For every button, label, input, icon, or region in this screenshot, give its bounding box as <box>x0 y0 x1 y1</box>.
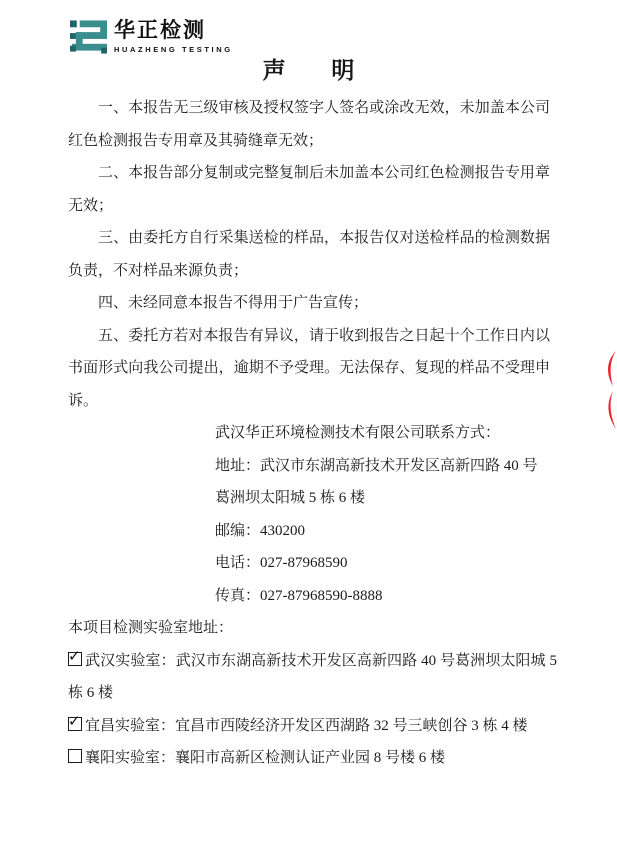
statement-clauses: 一、本报告无三级审核及授权签字人签名或涂改无效，未加盖本公司红色检测报告专用章及… <box>68 92 550 417</box>
brand-name-cn: 华正检测 <box>114 19 233 43</box>
checkbox-checked-icon: ✓ <box>68 652 82 666</box>
contact-heading: 武汉华正环境检测技术有限公司联系方式： <box>215 417 551 450</box>
page-title: 声 明 <box>0 55 617 87</box>
contact-postcode: 邮编：430200 <box>215 515 551 548</box>
labs-heading: 本项目检测实验室地址： <box>68 612 557 645</box>
lab-label: 武汉实验室： <box>85 653 176 669</box>
lab-row-yichang: ✓宜昌实验室：宜昌市西陵经济开发区西湖路 32 号三峡创谷 3 栋 4 楼 <box>68 710 557 743</box>
contact-phone: 电话：027-87968590 <box>215 547 551 580</box>
statement-page: 华正检测 HUAZHENG TESTING 声 明 一、本报告无三级审核及授权签… <box>0 0 617 844</box>
lab-address: 襄阳市高新区检测认证产业园 8 号楼 6 楼 <box>175 750 445 766</box>
clause-2: 二、本报告部分复制或完整复制后未加盖本公司红色检测报告专用章无效； <box>68 157 550 222</box>
lab-row-wuhan: ✓武汉实验室：武汉市东湖高新技术开发区高新四路 40 号葛洲坝太阳城 5 栋 6… <box>68 645 557 710</box>
company-contact-block: 武汉华正环境检测技术有限公司联系方式： 地址：武汉市东湖高新技术开发区高新四路 … <box>215 417 551 612</box>
lab-address: 宜昌市西陵经济开发区西湖路 32 号三峡创谷 3 栋 4 楼 <box>175 718 528 734</box>
clause-4: 四、未经同意本报告不得用于广告宣传； <box>68 287 550 320</box>
brand-logo: 华正检测 HUAZHENG TESTING <box>70 19 233 55</box>
page-title-char-2: 明 <box>331 55 354 87</box>
lab-row-xiangyang: 襄阳实验室：襄阳市高新区检测认证产业园 8 号楼 6 楼 <box>68 742 557 775</box>
clause-3: 三、由委托方自行采集送检的样品，本报告仅对送检样品的检测数据负责，不对样品来源负… <box>68 222 550 287</box>
contact-address: 地址：武汉市东湖高新技术开发区高新四路 40 号葛洲坝太阳城 5 栋 6 楼 <box>215 450 551 515</box>
red-seal-fragment <box>601 350 617 430</box>
contact-fax: 传真：027-87968590-8888 <box>215 580 551 613</box>
clause-1: 一、本报告无三级审核及授权签字人签名或涂改无效，未加盖本公司红色检测报告专用章及… <box>68 92 550 157</box>
clause-5: 五、委托方若对本报告有异议，请于收到报告之日起十个工作日内以书面形式向我公司提出… <box>68 320 550 418</box>
lab-label: 襄阳实验室： <box>85 750 175 766</box>
brand-text: 华正检测 HUAZHENG TESTING <box>114 19 233 55</box>
huazheng-logo-icon <box>70 19 107 55</box>
checkbox-checked-icon: ✓ <box>68 717 82 731</box>
lab-label: 宜昌实验室： <box>85 718 175 734</box>
lab-addresses-block: 本项目检测实验室地址： ✓武汉实验室：武汉市东湖高新技术开发区高新四路 40 号… <box>68 612 557 775</box>
check-mark: ✓ <box>68 647 81 665</box>
check-mark: ✓ <box>68 712 81 730</box>
brand-name-en: HUAZHENG TESTING <box>114 45 233 55</box>
page-title-char-1: 声 <box>263 55 286 87</box>
checkbox-unchecked-icon <box>68 749 82 763</box>
